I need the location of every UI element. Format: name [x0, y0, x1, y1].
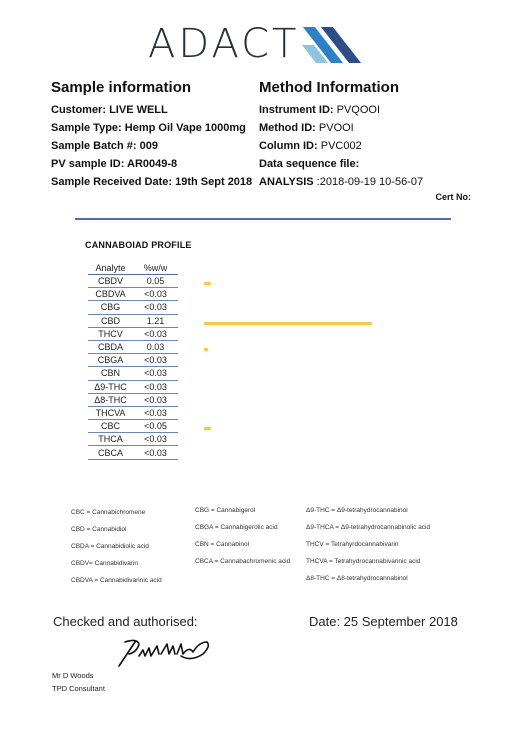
- glossary-entry: THCV = Tetrahyrdocannabivarin: [306, 536, 430, 553]
- signer-name: Mr D Woods: [52, 669, 105, 682]
- value-cell: <0.03: [133, 393, 178, 406]
- signature-image: [117, 636, 213, 668]
- table-row: CBG<0.03: [88, 301, 178, 314]
- table-row: CBDVA<0.03: [88, 288, 178, 301]
- analyte-cell: CBN: [88, 367, 133, 380]
- info-value: PVOOI: [319, 122, 354, 134]
- glossary-entry: CBDA = Cannabidiolic acid: [71, 538, 162, 555]
- info-value: PVC002: [321, 140, 362, 152]
- info-row: Instrument ID: PVQOOI: [259, 101, 423, 119]
- info-value: LIVE WELL: [109, 104, 168, 116]
- glossary-entry: Δ8-THC = Δ8-tetrahydrocannabinol: [306, 570, 430, 587]
- table-row: THCA<0.03: [88, 433, 178, 446]
- glossary-column-2: CBG = CannabigerolCBGA = Cannabigerolic …: [195, 502, 290, 570]
- checked-and-authorised-label: Checked and authorised:: [53, 614, 198, 629]
- glossary-entry: CBDV= Cannabidivarin: [71, 555, 162, 572]
- glossary-entry: CBD = Cannabidiol: [71, 521, 162, 538]
- table-row: CBDV0.05: [88, 275, 178, 288]
- info-label: Customer:: [51, 104, 106, 116]
- info-value: 009: [140, 140, 158, 152]
- analyte-cell: THCV: [88, 327, 133, 340]
- value-cell: 1.21: [133, 314, 178, 327]
- glossary-entry: CBGA = Cannabigerolic acid: [195, 519, 290, 536]
- info-label: Method ID:: [259, 122, 316, 134]
- table-row: Δ9-THC<0.03: [88, 380, 178, 393]
- analyte-cell: CBD: [88, 314, 133, 327]
- info-row: Column ID: PVC002: [259, 137, 423, 155]
- value-cell: 0.05: [133, 275, 178, 288]
- info-row: Method ID: PVOOI: [259, 119, 423, 137]
- column-header-percent-ww: %w/w: [133, 262, 178, 275]
- analyte-cell: CBDVA: [88, 288, 133, 301]
- value-cell: <0.03: [133, 406, 178, 419]
- logo-text: ADACT: [148, 24, 299, 64]
- glossary-entry: Δ9-THC = Δ9-tetrahydrocannabinol: [306, 502, 430, 519]
- table-row: CBC<0.05: [88, 420, 178, 433]
- analyte-cell: CBC: [88, 420, 133, 433]
- table-row: THCVA<0.03: [88, 406, 178, 419]
- sample-information-section: Sample information Customer: LIVE WELLSa…: [51, 79, 252, 191]
- value-bar: [204, 348, 208, 351]
- divider: [75, 218, 451, 220]
- glossary-entry: CBCA = Cannabachromenic acid: [195, 553, 290, 570]
- analyte-cell: Δ9-THC: [88, 380, 133, 393]
- table-row: CBCA<0.03: [88, 446, 178, 459]
- value-bar: [204, 282, 211, 285]
- analyte-cell: THCA: [88, 433, 133, 446]
- table-row: CBDA0.03: [88, 340, 178, 353]
- info-row: ANALYSIS :2018-09-19 10-56-07: [259, 173, 423, 191]
- analyte-cell: CBDA: [88, 340, 133, 353]
- value-cell: <0.03: [133, 433, 178, 446]
- analyte-cell: Δ8-THC: [88, 393, 133, 406]
- info-value: 19th Sept 2018: [175, 176, 252, 188]
- signer-block: Mr D Woods TPD Consultant: [52, 669, 105, 695]
- company-logo: ADACT: [148, 22, 361, 66]
- info-label: ANALYSIS: [259, 176, 314, 188]
- analyte-cell: THCVA: [88, 406, 133, 419]
- glossary-entry: Δ9-THCA = Δ9-tetrahydrocannabinolic acid: [306, 519, 430, 536]
- glossary-entry: CBC = Cannabichromene: [71, 504, 162, 521]
- sample-information-heading: Sample information: [51, 79, 252, 97]
- value-cell: <0.03: [133, 446, 178, 459]
- value-bar: [204, 427, 211, 430]
- info-label: Data sequence file:: [259, 158, 359, 170]
- info-label: Sample Received Date:: [51, 176, 172, 188]
- table-row: CBGA<0.03: [88, 354, 178, 367]
- info-row: Sample Type: Hemp Oil Vape 1000mg: [51, 119, 252, 137]
- report-date: Date: 25 September 2018: [309, 614, 458, 629]
- info-value: Hemp Oil Vape 1000mg: [125, 122, 246, 134]
- info-row: Sample Batch #: 009: [51, 137, 252, 155]
- method-information-heading: Method Information: [259, 79, 423, 97]
- value-cell: <0.03: [133, 354, 178, 367]
- cert-no-label: Cert No:: [436, 192, 472, 202]
- analyte-cell: CBCA: [88, 446, 133, 459]
- table-row: THCV<0.03: [88, 327, 178, 340]
- value-cell: <0.05: [133, 420, 178, 433]
- table-row: Δ8-THC<0.03: [88, 393, 178, 406]
- cannabinoid-profile-table: Analyte %w/w CBDV0.05CBDVA<0.03CBG<0.03C…: [88, 262, 178, 460]
- column-header-analyte: Analyte: [88, 262, 133, 275]
- info-row: Customer: LIVE WELL: [51, 101, 252, 119]
- method-information-section: Method Information Instrument ID: PVQOOI…: [259, 79, 423, 191]
- cannabinoid-profile-title: CANNABOIAD PROFILE: [85, 240, 192, 250]
- info-label: Instrument ID:: [259, 104, 334, 116]
- info-label: PV sample ID:: [51, 158, 124, 170]
- info-row: PV sample ID: AR0049-8: [51, 155, 252, 173]
- table-row: CBD1.21: [88, 314, 178, 327]
- value-cell: <0.03: [133, 301, 178, 314]
- value-cell: <0.03: [133, 367, 178, 380]
- info-value: AR0049-8: [127, 158, 177, 170]
- signer-title: TPD Consultant: [52, 682, 105, 695]
- glossary-column-3: Δ9-THC = Δ9-tetrahydrocannabinolΔ9-THCA …: [306, 502, 430, 587]
- value-cell: <0.03: [133, 380, 178, 393]
- value-cell: 0.03: [133, 340, 178, 353]
- analyte-cell: CBGA: [88, 354, 133, 367]
- value-cell: <0.03: [133, 288, 178, 301]
- glossary-entry: CBDVA = Cannabidivarinic acid: [71, 572, 162, 589]
- glossary-entry: CBN = Cannabinol: [195, 536, 290, 553]
- glossary-entry: THCVA = Tetrahydrocannabivarinic acid: [306, 553, 430, 570]
- value-bar: [204, 322, 372, 325]
- info-row: Data sequence file:: [259, 155, 423, 173]
- info-label: Column ID:: [259, 140, 318, 152]
- info-value: PVQOOI: [337, 104, 380, 116]
- value-cell: <0.03: [133, 327, 178, 340]
- info-row: Sample Received Date: 19th Sept 2018: [51, 173, 252, 191]
- analyte-cell: CBG: [88, 301, 133, 314]
- info-label: Sample Type:: [51, 122, 122, 134]
- glossary-column-1: CBC = CannabichromeneCBD = CannabidiolCB…: [71, 504, 162, 589]
- table-row: CBN<0.03: [88, 367, 178, 380]
- analyte-cell: CBDV: [88, 275, 133, 288]
- adact-mountain-logo-icon: [307, 25, 361, 63]
- info-value: :2018-09-19 10-56-07: [317, 176, 423, 188]
- info-label: Sample Batch #:: [51, 140, 137, 152]
- glossary-entry: CBG = Cannabigerol: [195, 502, 290, 519]
